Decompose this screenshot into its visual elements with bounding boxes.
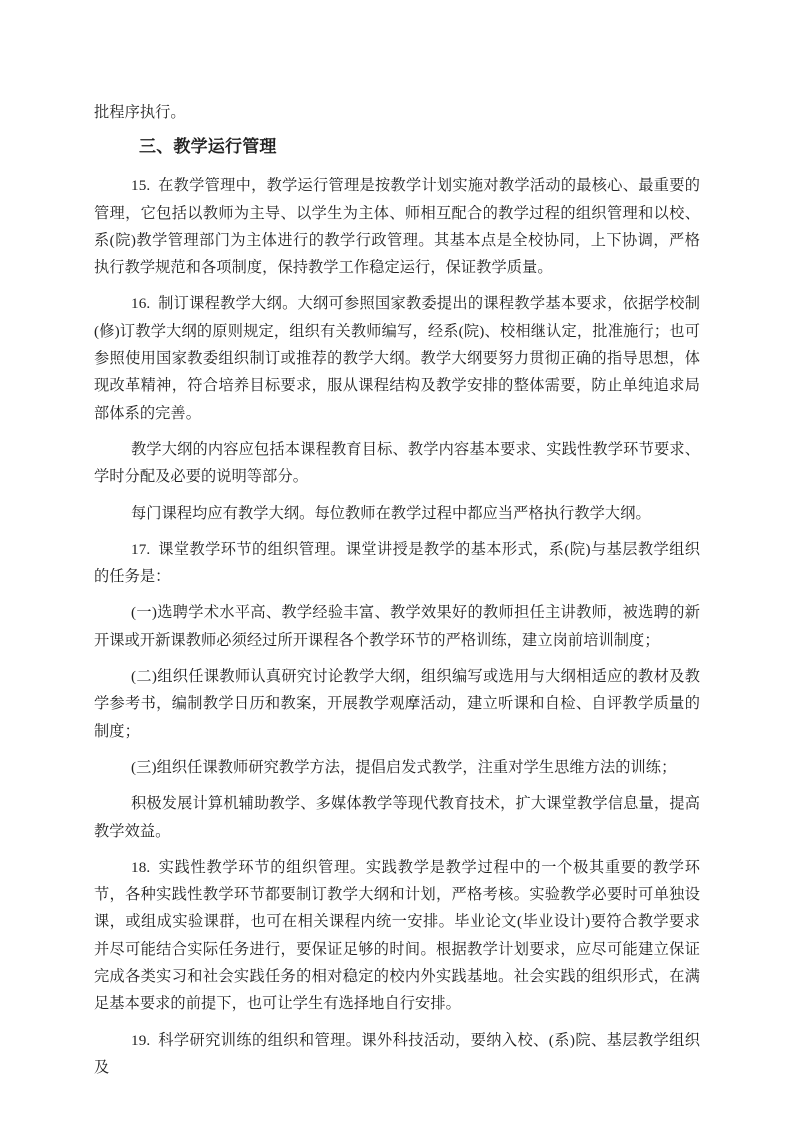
paragraph-16-syllabus-formulation: 16. 制订课程教学大纲。大纲可参照国家教委提出的课程教学基本要求，依据学校制(… (94, 290, 700, 426)
paragraph-item-three: (三)组织任课教师研究教学方法，提倡启发式教学，注重对学生思维方法的训练； (94, 754, 700, 781)
paragraph-15-teaching-operation: 15. 在教学管理中，教学运行管理是按教学计划实施对教学活动的最核心、最重要的管… (94, 172, 700, 281)
paragraph-syllabus-requirement: 每门课程均应有教学大纲。每位教师在教学过程中都应当严格执行教学大纲。 (94, 500, 700, 527)
paragraph-18-practical-teaching: 18. 实践性教学环节的组织管理。实践教学是教学过程中的一个极其重要的教学环节，… (94, 854, 700, 1018)
paragraph-item-one: (一)选聘学术水平高、教学经验丰富、教学效果好的教师担任主讲教师，被选聘的新开课… (94, 599, 700, 654)
paragraph-item-two: (二)组织任课教师认真研究讨论教学大纲，组织编写或选用与大纲相适应的教材及教学参… (94, 663, 700, 745)
section-heading: 三、教学运行管理 (94, 132, 700, 161)
paragraph-17-classroom-teaching: 17. 课堂教学环节的组织管理。课堂讲授是教学的基本形式，系(院)与基层教学组织… (94, 536, 700, 591)
paragraph-syllabus-content: 教学大纲的内容应包括本课程教育目标、教学内容基本要求、实践性教学环节要求、学时分… (94, 436, 700, 491)
continuation-paragraph: 批程序执行。 (94, 99, 700, 126)
document-page: 批程序执行。 三、教学运行管理 15. 在教学管理中，教学运行管理是按教学计划实… (0, 0, 793, 1122)
paragraph-19-research-training: 19. 科学研究训练的组织和管理。课外科技活动，要纳入校、(系)院、基层教学组织… (94, 1027, 700, 1082)
paragraph-modern-education-tech: 积极发展计算机辅助教学、多媒体教学等现代教育技术，扩大课堂教学信息量，提高教学效… (94, 790, 700, 845)
